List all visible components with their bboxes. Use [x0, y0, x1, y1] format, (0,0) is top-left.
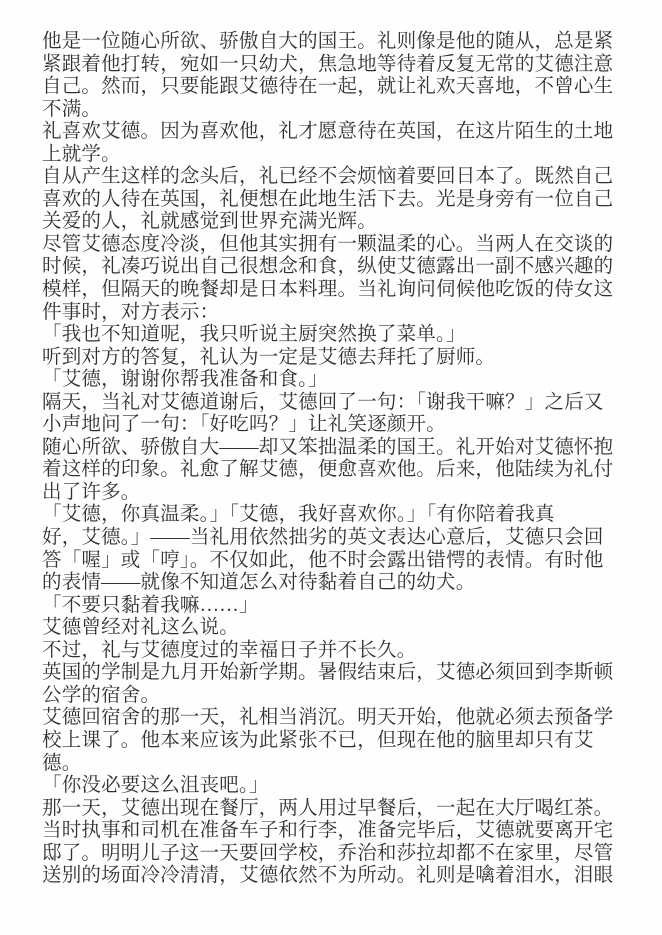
text-line: 自从产生这样的念头后，礼已经不会烦恼着要回日本了。既然自己	[42, 166, 624, 189]
text-line: 「你没必要这么沮丧吧。」	[42, 775, 624, 798]
text-line: 英国的学制是九月开始新学期。暑假结束后，艾德必须回到李斯顿	[42, 662, 624, 685]
text-line: 关爱的人，礼就感觉到世界充满光辉。	[42, 211, 624, 234]
text-line: 模样，但隔天的晚餐却是日本料理。当礼询问伺候他吃饭的侍女这	[42, 279, 624, 302]
text-line: 校上课了。他本来应该为此紧张不已，但现在他的脑里却只有艾	[42, 730, 624, 753]
text-line: 那一天，艾德出现在餐厅，两人用过早餐后，一起在大厅喝红茶。	[42, 798, 624, 821]
text-line: 紧跟着他打转，宛如一只幼犬，焦急地等待着反复无常的艾德注意	[42, 54, 624, 77]
document-page: 他是一位随心所欲、骄傲自大的国王。礼则像是他的随从，总是紧紧跟着他打转，宛如一只…	[0, 0, 662, 935]
text-line: 公学的宿舍。	[42, 685, 624, 708]
text-line: 隔天，当礼对艾德道谢后，艾德回了一句：「谢我干嘛？」之后又	[42, 392, 624, 415]
text-line: 礼喜欢艾德。因为喜欢他，礼才愿意待在英国，在这片陌生的土地	[42, 121, 624, 144]
text-line: 不过，礼与艾德度过的幸福日子并不长久。	[42, 640, 624, 663]
text-line: 艾德回宿舍的那一天，礼相当消沉。明天开始，他就必须去预备学	[42, 707, 624, 730]
text-line: 尽管艾德态度冷淡，但他其实拥有一颗温柔的心。当两人在交谈的	[42, 234, 624, 257]
text-line: 上就学。	[42, 144, 624, 167]
text-line: 好，艾德。」——当礼用依然拙劣的英文表达心意后，艾德只会回	[42, 527, 624, 550]
text-line: 不满。	[42, 99, 624, 122]
text-line: 艾德曾经对礼这么说。	[42, 617, 624, 640]
text-line: 小声地问了一句：「好吃吗？」让礼笑逐颜开。	[42, 414, 624, 437]
text-line: 着这样的印象。礼愈了解艾德，便愈喜欢他。后来，他陆续为礼付	[42, 459, 624, 482]
text-line: 「艾德，谢谢你帮我准备和食。」	[42, 369, 624, 392]
text-line: 当时执事和司机在准备车子和行李，准备完毕后，艾德就要离开宅	[42, 820, 624, 843]
text-line: 出了许多。	[42, 482, 624, 505]
text-line: 的表情——就像不知道怎么对待黏着自己的幼犬。	[42, 572, 624, 595]
text-line: 听到对方的答复，礼认为一定是艾德去拜托了厨师。	[42, 347, 624, 370]
text-line: 他是一位随心所欲、骄傲自大的国王。礼则像是他的随从，总是紧	[42, 31, 624, 54]
text-line: 「不要只黏着我嘛……」	[42, 595, 624, 618]
text-line: 件事时，对方表示：	[42, 302, 624, 325]
text-line: 「我也不知道呢，我只听说主厨突然换了菜单。」	[42, 324, 624, 347]
body-text: 他是一位随心所欲、骄傲自大的国王。礼则像是他的随从，总是紧紧跟着他打转，宛如一只…	[42, 31, 624, 888]
text-line: 德。	[42, 753, 624, 776]
text-line: 「艾德，你真温柔。」「艾德，我好喜欢你。」「有你陪着我真	[42, 504, 624, 527]
text-line: 邸了。明明儿子这一天要回学校，乔治和莎拉却都不在家里，尽管	[42, 843, 624, 866]
text-line: 喜欢的人待在英国，礼便想在此地生活下去。光是身旁有一位自己	[42, 189, 624, 212]
text-line: 时候，礼凑巧说出自己很想念和食，纵使艾德露出一副不感兴趣的	[42, 256, 624, 279]
text-line: 随心所欲、骄傲自大——却又笨拙温柔的国王。礼开始对艾德怀抱	[42, 437, 624, 460]
text-line: 答「喔」或「哼」。不仅如此，他不时会露出错愕的表情。有时他	[42, 550, 624, 573]
text-line: 自己。然而，只要能跟艾德待在一起，就让礼欢天喜地，不曾心生	[42, 76, 624, 99]
text-line: 送别的场面冷冷清清，艾德依然不为所动。礼则是噙着泪水，泪眼	[42, 865, 624, 888]
